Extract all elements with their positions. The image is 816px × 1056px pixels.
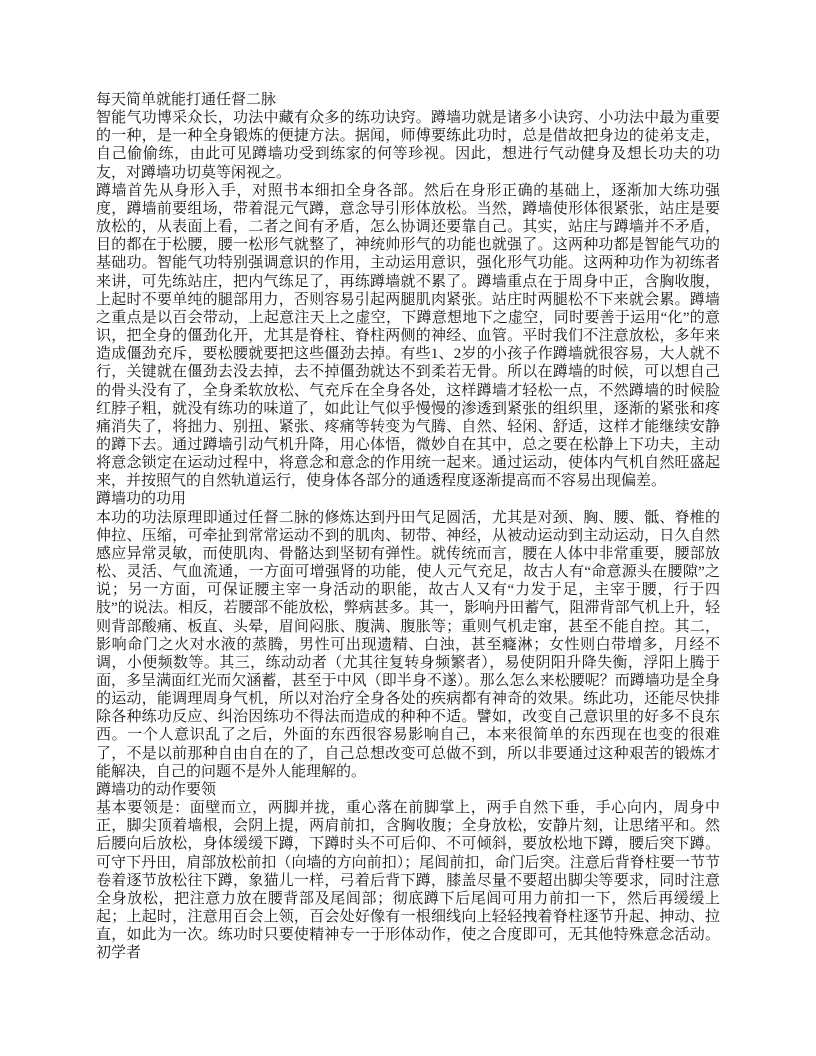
document-page: 每天简单就能打通任督二脉 智能气功博采众长，功法中藏有众多的练功诀窍。蹲墙功就是…	[0, 0, 816, 1056]
paragraph-intro: 智能气功博采众长，功法中藏有众多的练功诀窍。蹲墙功就是诸多小诀窍、小功法中最为重…	[96, 109, 720, 182]
section-heading-benefits: 蹲墙功的功用	[96, 490, 720, 508]
document-title: 每天简单就能打通任督二脉	[96, 91, 720, 109]
paragraph-benefits: 本功的功法原理即通过任督二脉的修炼达到丹田气足圆活，尤其是对颈、胸、腰、骶、脊椎…	[96, 509, 720, 781]
paragraph-essentials: 基本要领是：面壁而立，两脚并拢，重心落在前脚掌上，两手自然下垂，手心向内，周身中…	[96, 799, 720, 962]
section-heading-essentials: 蹲墙功的动作要领	[96, 781, 720, 799]
document-body: 每天简单就能打通任督二脉 智能气功博采众长，功法中藏有众多的练功诀窍。蹲墙功就是…	[96, 91, 720, 963]
paragraph-practice-overview: 蹲墙首先从身形入手，对照书本细扣全身各部。然后在身形正确的基础上，逐渐加大练功强…	[96, 182, 720, 491]
